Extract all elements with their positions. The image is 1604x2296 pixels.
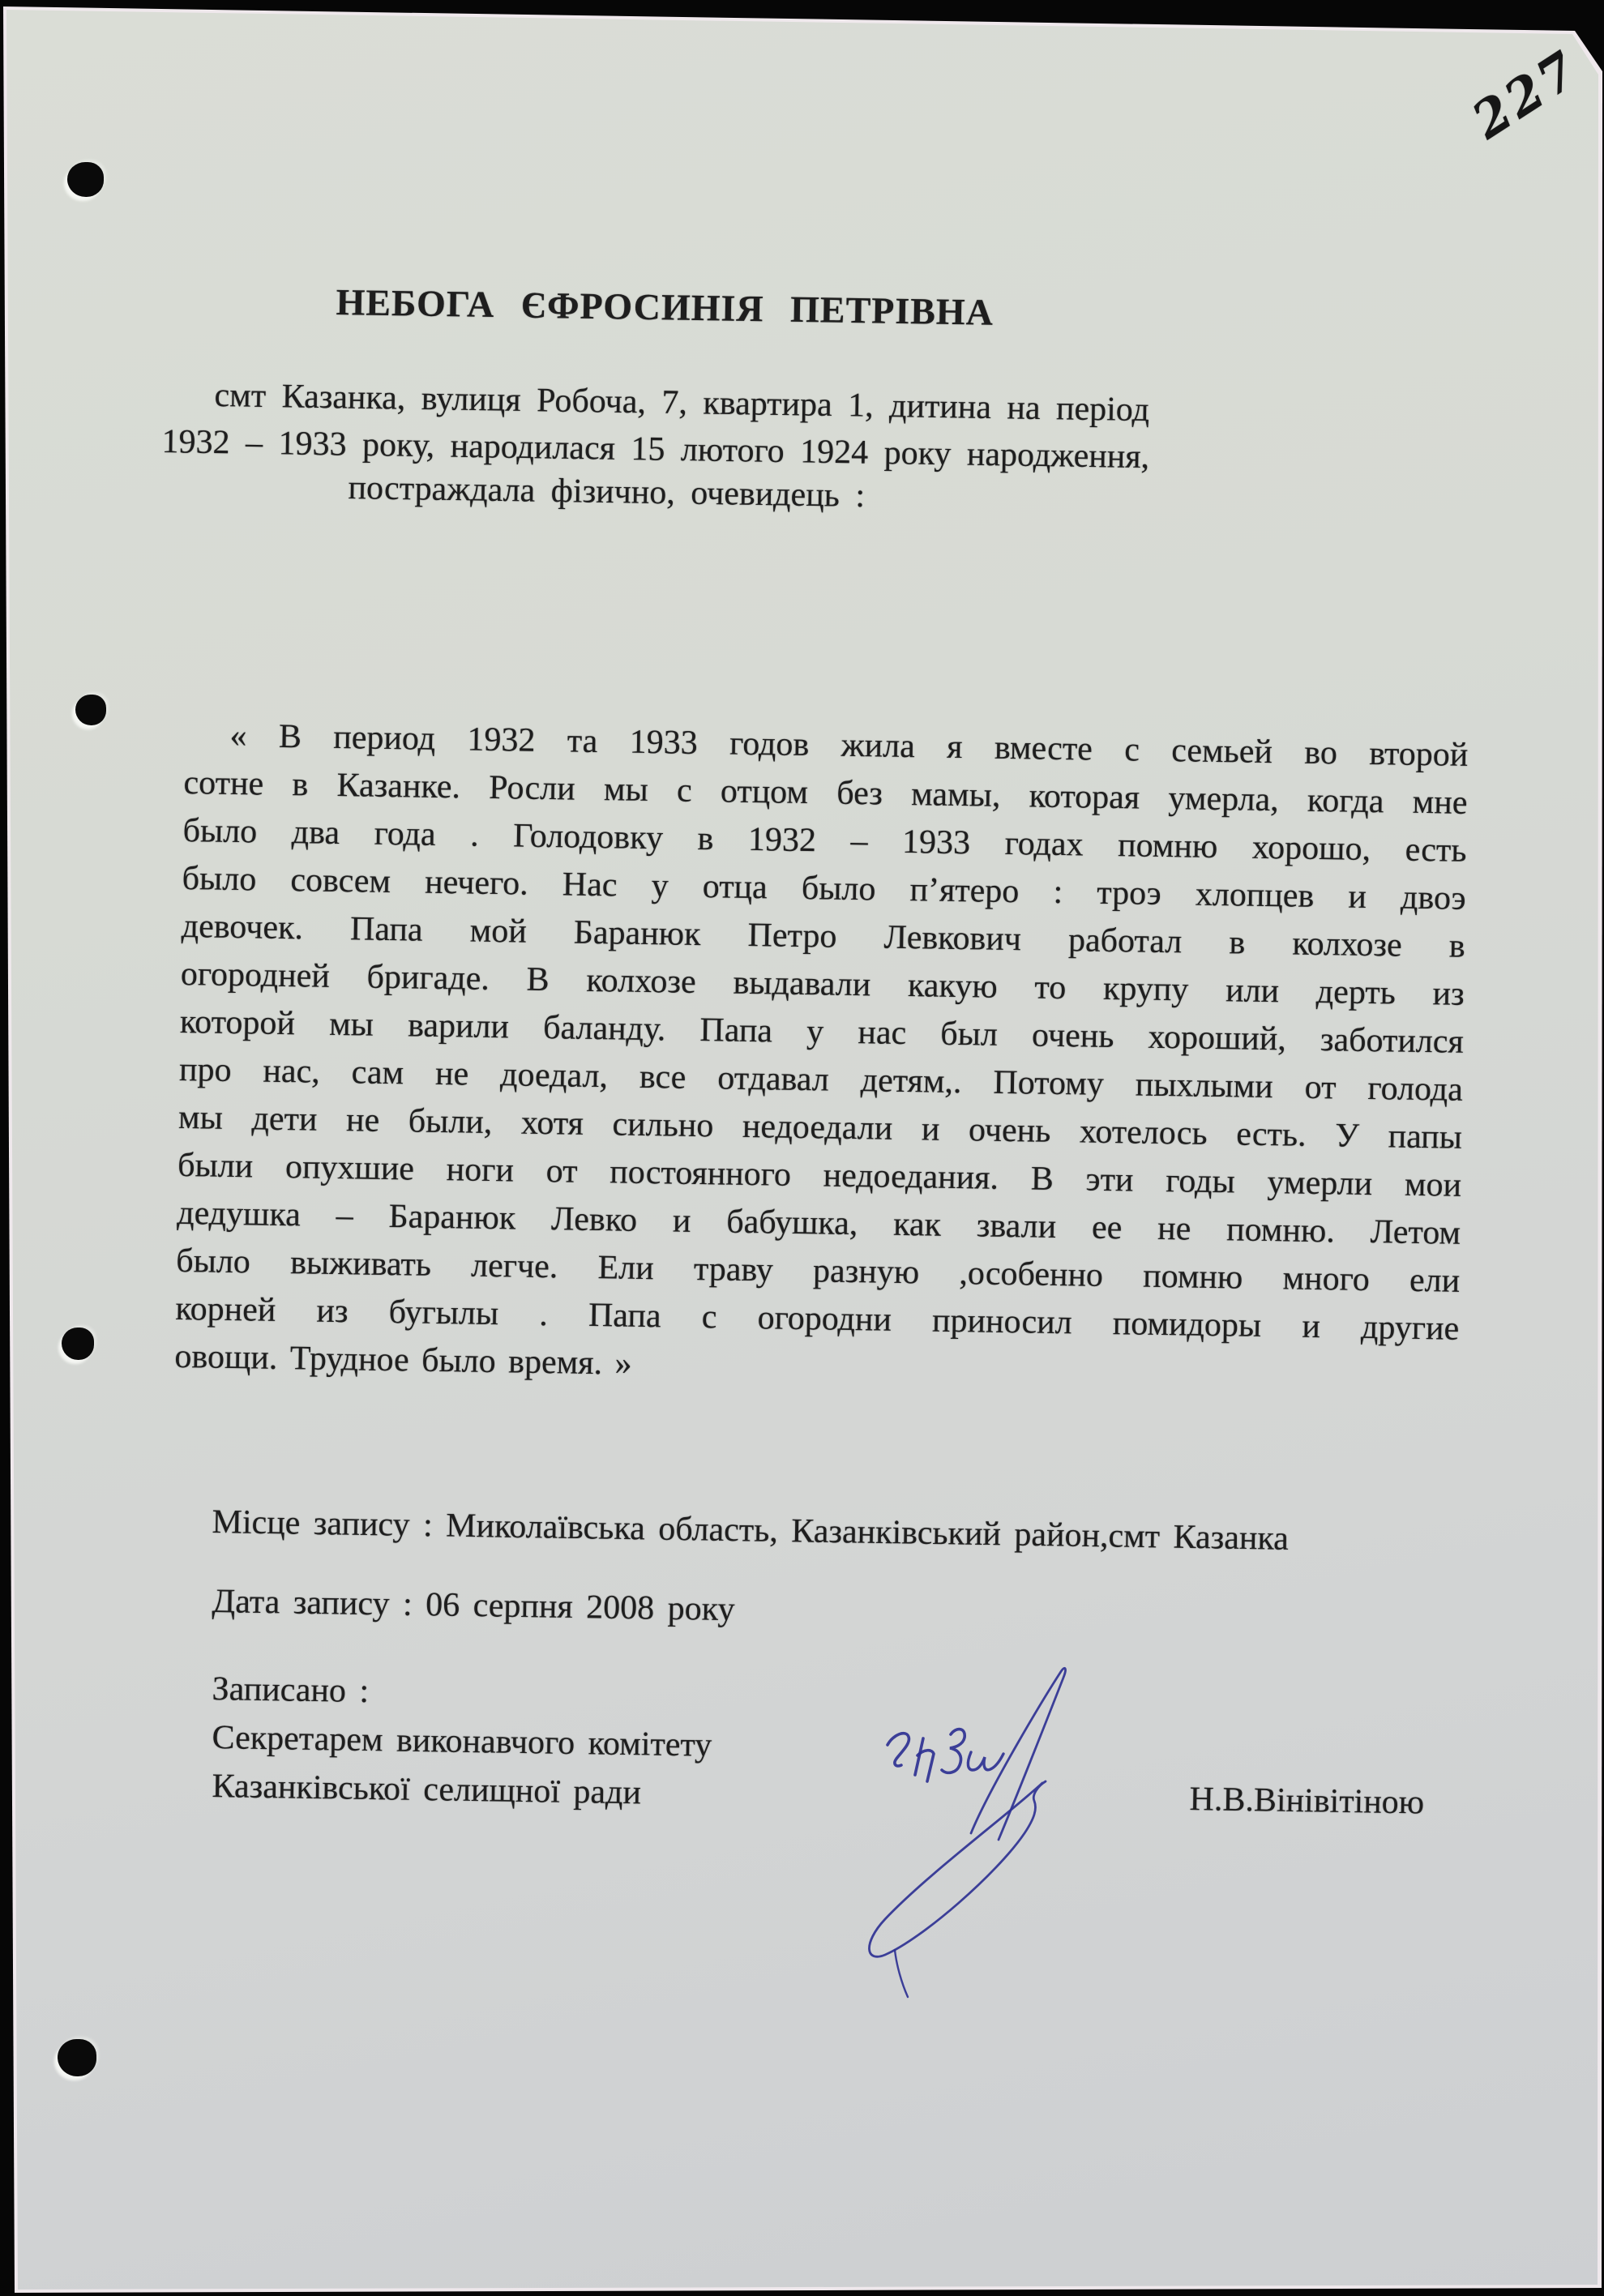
- intro-line-3: постраждала фізично, очевидець :: [348, 468, 865, 515]
- recorded-by-label: Записано :: [212, 1670, 369, 1711]
- recorded-by-position-line1: Секретарем виконавчого комітету: [212, 1718, 712, 1765]
- record-date: Дата запису : 06 серпня 2008 року: [212, 1582, 735, 1629]
- document-scan: 227 НЕБОГА ЄФРОСИНІЯ ПЕТРІВНА смт Казанк…: [0, 0, 1604, 2296]
- signer-name: Н.В.Вінівітіною: [1189, 1780, 1424, 1823]
- punch-hole-4: [58, 2039, 96, 2076]
- punch-hole-3: [62, 1328, 94, 1360]
- punch-hole-2: [75, 695, 106, 725]
- handwritten-signature: [843, 1661, 1086, 2002]
- testimony-paragraph: « В период 1932 та 1933 годов жила я вме…: [174, 712, 1469, 1401]
- recorded-by-position-line2: Казанківської селищної ради: [212, 1767, 641, 1812]
- punch-hole-1: [67, 162, 104, 197]
